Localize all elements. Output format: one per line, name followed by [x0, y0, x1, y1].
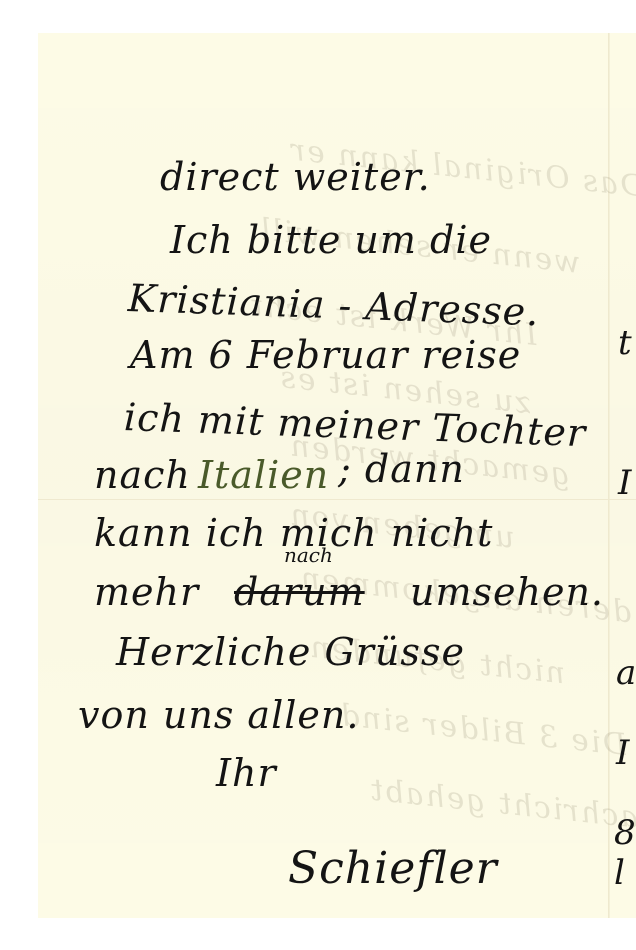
margin-char: a	[616, 653, 636, 693]
letter-line: von uns allen.	[78, 693, 359, 737]
letter-line: direct weiter.	[160, 155, 431, 199]
margin-char: I	[616, 733, 629, 773]
letter-line: umsehen.	[410, 570, 604, 614]
margin-char: I	[618, 463, 631, 503]
letter-line: Kristiania - Adresse.	[127, 276, 540, 334]
inserted-word: nach	[284, 543, 333, 567]
letter-line: Am 6 Februar reise	[130, 333, 521, 377]
horizontal-fold	[38, 499, 636, 500]
margin-char: 8	[614, 813, 636, 853]
letter-line-italien: Italien	[198, 453, 329, 497]
margin-char: t	[618, 323, 632, 363]
letter-line: Ich bitte um die	[170, 218, 492, 262]
closing-ihr: Ihr	[216, 751, 277, 795]
letter-line: nach	[94, 453, 191, 497]
margin-char: l	[614, 853, 625, 893]
signature: Schiefler	[288, 843, 498, 894]
letter-line: mehr	[94, 570, 199, 614]
letter-page: Das Original kann er wenn er sehen will …	[38, 33, 636, 918]
show-through-line: Nachricht gehabt	[367, 772, 636, 838]
show-through-line: Die 3 Bilder sind	[337, 698, 628, 763]
letter-line: Herzliche Grüsse	[116, 630, 465, 674]
struck-word: darum	[234, 570, 365, 614]
letter-line: ; dann	[338, 447, 465, 491]
